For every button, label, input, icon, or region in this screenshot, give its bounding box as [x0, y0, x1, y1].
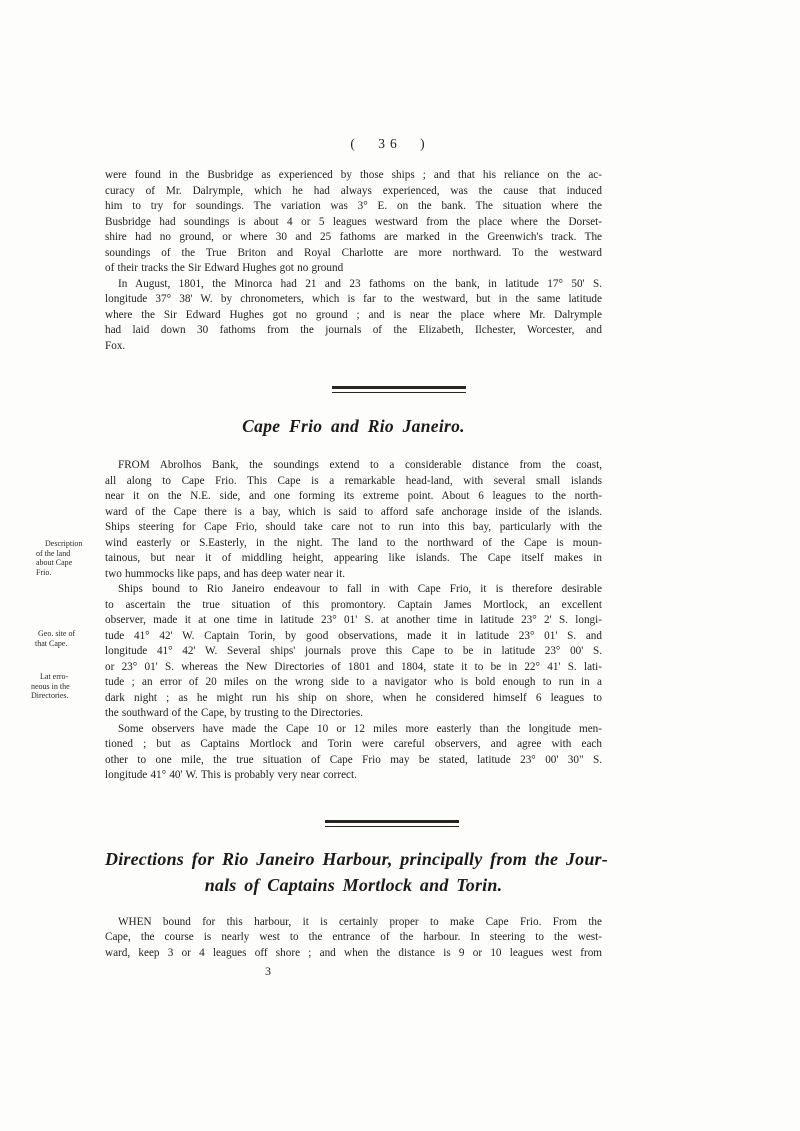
body-line: where the Sir Edward Hughes got no groun… — [105, 308, 602, 324]
body-line: tude ; an error of 20 miles on the wrong… — [105, 675, 602, 691]
paragraph-abrolhos-bank: FROM Abrolhos Bank, the soundings extend… — [105, 458, 602, 582]
margin-note-line: about Cape — [36, 558, 102, 568]
margin-note-lat-erroneous: Lat erro- neous in the Directories. — [31, 672, 103, 701]
margin-note-line: Lat erro- — [31, 672, 103, 682]
body-line: the southward of the Cape, by trusting t… — [105, 706, 602, 722]
body-line: longitude 41° 40' W. This is probably ve… — [105, 768, 602, 784]
scanned-book-page: ( 36 ) Description of the land about Cap… — [0, 0, 800, 1131]
body-line: Some observers have made the Cape 10 or … — [105, 722, 602, 738]
margin-note-geo-site: Geo. site of that Cape. — [35, 629, 101, 648]
body-line: In August, 1801, the Minorca had 21 and … — [105, 277, 602, 293]
body-line: tainous, but near it of middling height,… — [105, 551, 602, 567]
body-line: Cape, the course is nearly west to the e… — [105, 930, 602, 946]
body-line: other to one mile, the true situation of… — [105, 753, 602, 769]
body-line: ward of the Cape there is a bay, which i… — [105, 505, 602, 521]
margin-note-line: Geo. site of — [35, 629, 101, 639]
body-line: two hummocks like paps, and has deep wat… — [105, 567, 602, 583]
body-line: shire had no ground, or where 30 and 25 … — [105, 230, 602, 246]
body-line: Busbridge had soundings is about 4 or 5 … — [105, 215, 602, 231]
body-line: dark night ; as he might run his ship on… — [105, 691, 602, 707]
body-line: longitude 41° 42' W. Several ships' jour… — [105, 644, 602, 660]
section-heading-cape-frio: Cape Frio and Rio Janeiro. — [105, 416, 602, 437]
body-line: FROM Abrolhos Bank, the soundings extend… — [105, 458, 602, 474]
body-line: had laid down 30 fathoms from the journa… — [105, 323, 602, 339]
margin-note-line: that Cape. — [35, 639, 101, 649]
margin-note-description-of-land: Description of the land about Cape Frio. — [36, 539, 102, 577]
page-number-header: ( 36 ) — [105, 136, 675, 152]
main-text-column: were found in the Busbridge as experienc… — [105, 168, 602, 979]
body-line: Ships bound to Rio Janeiro endeavour to … — [105, 582, 602, 598]
margin-note-line: Directories. — [31, 691, 103, 701]
body-line: Fox. — [105, 339, 602, 355]
body-line: of their tracks the Sir Edward Hughes go… — [105, 261, 602, 277]
margin-note-line: Frio. — [36, 568, 102, 578]
body-line: to ascertain the true situation of this … — [105, 598, 602, 614]
section-heading-directions: Directions for Rio Janeiro Harbour, prin… — [105, 846, 602, 898]
paragraph-busbridge: were found in the Busbridge as experienc… — [105, 168, 602, 277]
section-divider — [325, 820, 459, 827]
body-line: observer, made it at one time in latitud… — [105, 613, 602, 629]
body-line: tude 41° 42' W. Captain Torin, by good o… — [105, 629, 602, 645]
margin-note-line: of the land — [36, 549, 102, 559]
paragraph-when-bound: WHEN bound for this harbour, it is certa… — [105, 915, 602, 962]
margin-note-line: neous in the — [31, 682, 103, 692]
body-line: all along to Cape Frio. This Cape is a r… — [105, 474, 602, 490]
body-line: near it on the N.E. side, and one formin… — [105, 489, 602, 505]
body-line: WHEN bound for this harbour, it is certa… — [105, 915, 602, 931]
body-line: curacy of Mr. Dalrymple, which he had al… — [105, 184, 602, 200]
body-line: Ships steering for Cape Frio, should tak… — [105, 520, 602, 536]
body-line: wind easterly or S.Easterly, in the nigh… — [105, 536, 602, 552]
signature-mark: 3 — [105, 964, 602, 979]
section-divider — [332, 386, 466, 393]
body-line: him to try for soundings. The variation … — [105, 199, 602, 215]
body-line: longitude 37° 38' W. by chronometers, wh… — [105, 292, 602, 308]
body-line: tioned ; but as Captains Mortlock and To… — [105, 737, 602, 753]
heading-line: nals of Captains Mortlock and Torin. — [105, 872, 602, 898]
body-line: were found in the Busbridge as experienc… — [105, 168, 602, 184]
paragraph-some-observers: Some observers have made the Cape 10 or … — [105, 722, 602, 784]
paragraph-ships-bound-rio: Ships bound to Rio Janeiro endeavour to … — [105, 582, 602, 722]
body-line: ward, keep 3 or 4 leagues off shore ; an… — [105, 946, 602, 962]
paragraph-minorca: In August, 1801, the Minorca had 21 and … — [105, 277, 602, 355]
margin-note-line: Description — [36, 539, 102, 549]
body-line: or 23° 01' S. whereas the New Directorie… — [105, 660, 602, 676]
heading-line: Directions for Rio Janeiro Harbour, prin… — [105, 846, 602, 872]
body-line: soundings of the True Briton and Royal C… — [105, 246, 602, 262]
